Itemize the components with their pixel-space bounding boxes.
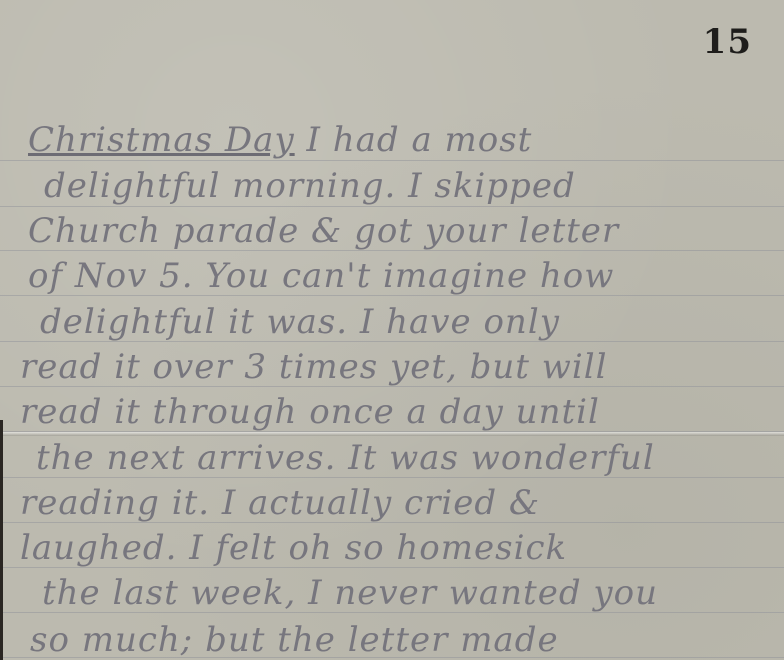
handwritten-line: Christmas Day I had a most	[28, 120, 532, 160]
handwritten-line: the last week, I never wanted you	[42, 573, 658, 613]
page-edge-shadow	[0, 420, 3, 660]
ruled-line	[0, 206, 784, 207]
handwritten-line: so much; but the letter made	[30, 620, 559, 660]
page-number: 15	[703, 22, 752, 62]
handwritten-line: read it over 3 times yet, but will	[20, 347, 607, 387]
handwritten-line: the next arrives. It was wonderful	[36, 438, 655, 478]
handwritten-line: delightful it was. I have only	[40, 302, 560, 342]
line-continuation: I had a most	[295, 120, 533, 160]
handwritten-line: laughed. I felt oh so homesick	[20, 528, 567, 568]
handwritten-line: read it through once a day until	[20, 392, 600, 432]
handwritten-line: delightful morning. I skipped	[44, 166, 576, 206]
ruled-line	[0, 160, 784, 161]
handwritten-line: Church parade & got your letter	[28, 211, 619, 251]
letter-page: 15 Christmas Day I had a most delightful…	[0, 0, 784, 660]
paper-fold-crease	[0, 432, 784, 436]
underlined-heading: Christmas Day	[28, 120, 295, 160]
handwritten-line: of Nov 5. You can't imagine how	[28, 256, 614, 296]
handwritten-line: reading it. I actually cried &	[20, 483, 540, 523]
